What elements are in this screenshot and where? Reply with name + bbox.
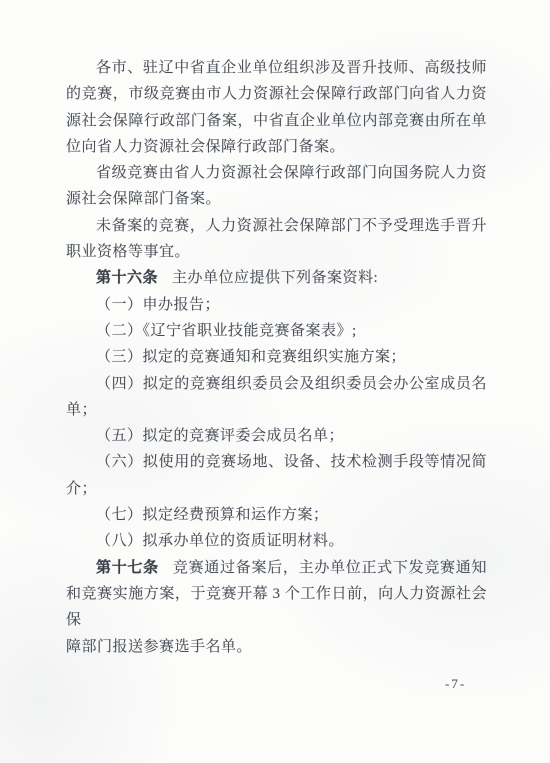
list-item-line: （三）拟定的竞赛通知和竞赛组织实施方案； bbox=[66, 344, 487, 370]
article-16-text: 主办单位应提供下列备案资料: bbox=[172, 270, 378, 286]
text-line: 未备案的竞赛，人力资源社会保障部门不予受理选手晋升 bbox=[66, 213, 487, 239]
text-line: 职业资格等事宜。 bbox=[66, 239, 487, 265]
text-line: 源社会保障部门备案。 bbox=[66, 186, 487, 212]
page-number: -7- bbox=[445, 676, 466, 692]
text-line: 的竞赛，市级竞赛由市人力资源社会保障行政部门向省人力资 bbox=[66, 81, 487, 107]
text-line: 省级竞赛由省人力资源社会保障行政部门向国务院人力资 bbox=[66, 160, 487, 186]
list-item-line: （五）拟定的竞赛评委会成员名单； bbox=[66, 423, 487, 449]
list-item-line: （八）拟承办单位的资质证明材料。 bbox=[66, 528, 487, 554]
text-line: 障部门报送参赛选手名单。 bbox=[66, 634, 487, 660]
text-line: 各市、驻辽中省直企业单位组织涉及晋升技师、高级技师 bbox=[66, 55, 487, 81]
text-line: 位向省人力资源社会保障行政部门备案。 bbox=[66, 134, 487, 160]
list-item-wrap-line: 单； bbox=[66, 397, 487, 423]
list-item-line: （六）拟使用的竞赛场地、设备、技术检测手段等情况简 bbox=[66, 449, 487, 475]
document-text-block: 各市、驻辽中省直企业单位组织涉及晋升技师、高级技师 的竞赛，市级竞赛由市人力资源… bbox=[66, 55, 487, 660]
article-16-line: 第十六条主办单位应提供下列备案资料: bbox=[66, 265, 487, 291]
text-line: 和竞赛实施方案，于竞赛开幕 3 个工作日前，向人力资源社会保 bbox=[66, 581, 487, 634]
list-item-line: （七）拟定经费预算和运作方案； bbox=[66, 502, 487, 528]
document-page: 各市、驻辽中省直企业单位组织涉及晋升技师、高级技师 的竞赛，市级竞赛由市人力资源… bbox=[0, 0, 550, 763]
list-item-line: （一）申办报告； bbox=[66, 292, 487, 318]
text-line: 源社会保障行政部门备案，中省直企业单位内部竞赛由所在单 bbox=[66, 108, 487, 134]
article-17-number: 第十七条 bbox=[96, 560, 159, 576]
list-item-line: （四）拟定的竞赛组织委员会及组织委员会办公室成员名 bbox=[66, 371, 487, 397]
list-item-line: （二）《辽宁省职业技能竞赛备案表》; bbox=[66, 318, 487, 344]
article-17-text: 竞赛通过备案后，主办单位正式下发竞赛通知 bbox=[173, 560, 487, 576]
article-17-line: 第十七条竞赛通过备案后，主办单位正式下发竞赛通知 bbox=[66, 555, 487, 581]
list-item-wrap-line: 介； bbox=[66, 476, 487, 502]
article-16-number: 第十六条 bbox=[96, 270, 158, 286]
